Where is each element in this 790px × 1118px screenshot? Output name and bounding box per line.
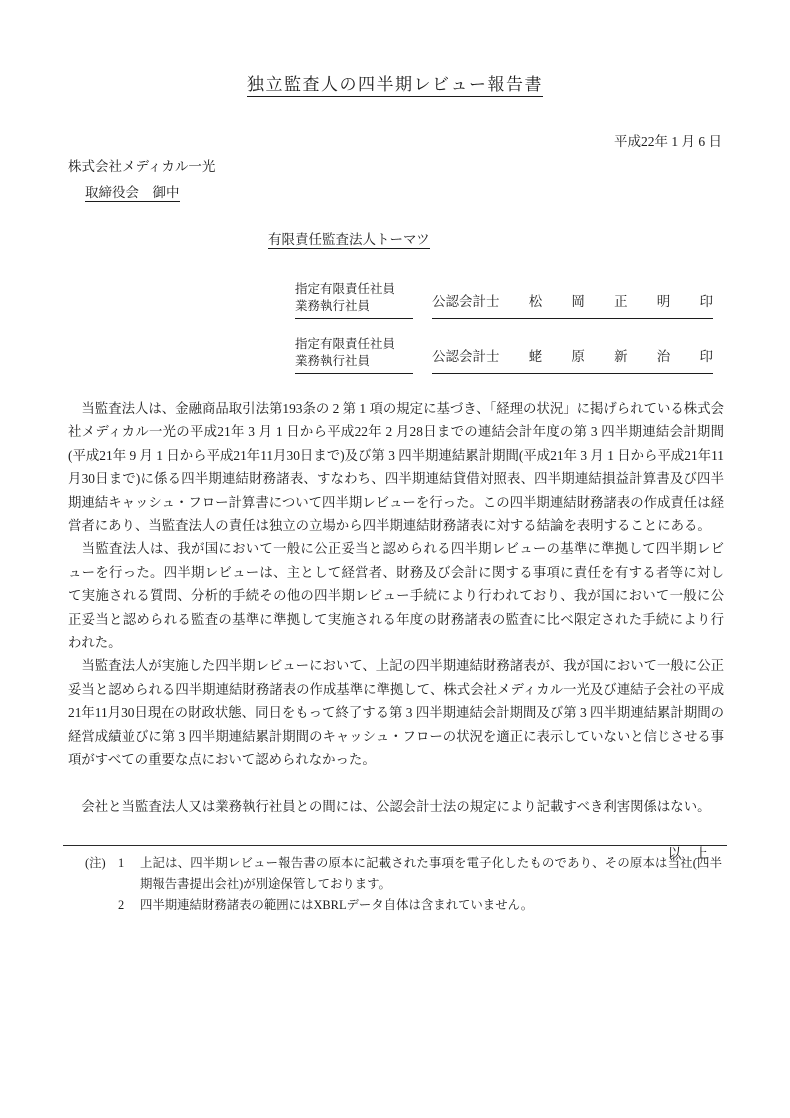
signature-name-2: 公認会計士 蛯 原 新 治 印 [432, 336, 713, 374]
body-paragraph-2: 当監査法人は、我が国において一般に公正妥当と認められる四半期レビューの基準に準拠… [68, 537, 724, 654]
audit-firm-text: 有限責任監査法人トーマツ [268, 232, 430, 249]
footnote-number-1: 1 [118, 853, 140, 895]
signature-role-2-line1: 指定有限責任社員 [295, 336, 413, 353]
footnote-text-1: 上記は、四半期レビュー報告書の原本に記載された事項を電子化したものであり、その原… [140, 853, 722, 895]
footnote-item-1: 1 上記は、四半期レビュー報告書の原本に記載された事項を電子化したものであり、そ… [118, 853, 722, 895]
signature-row-1: 指定有限責任社員 業務執行社員 公認会計士 松 岡 正 明 印 [295, 281, 713, 319]
report-title-text: 独立監査人の四半期レビュー報告書 [247, 75, 543, 97]
signature-seal-1: 印 [699, 290, 713, 310]
report-body: 当監査法人は、金融商品取引法第193条の 2 第 1 項の規定に基づき、「経理の… [68, 397, 724, 865]
addressee-board-text: 取締役会 御中 [85, 185, 180, 202]
addressee-board: 取締役会 御中 [85, 181, 180, 201]
signature-seal-2: 印 [699, 345, 713, 365]
signature-name-2-char-1: 蛯 [529, 345, 543, 365]
signature-title-1: 公認会計士 [432, 290, 500, 310]
audit-firm: 有限責任監査法人トーマツ [268, 228, 430, 248]
signature-name-2-char-4: 治 [657, 345, 671, 365]
body-paragraph-3: 当監査法人が実施した四半期レビューにおいて、上記の四半期連結財務諸表が、我が国に… [68, 654, 724, 771]
signature-name-1: 公認会計士 松 岡 正 明 印 [432, 281, 713, 319]
signature-name-2-char-2: 原 [571, 345, 585, 365]
signature-name-1-char-1: 松 [529, 290, 543, 310]
signature-name-1-char-4: 明 [657, 290, 671, 310]
body-paragraph-1: 当監査法人は、金融商品取引法第193条の 2 第 1 項の規定に基づき、「経理の… [68, 397, 724, 537]
signature-role-1-line2: 業務執行社員 [295, 298, 413, 315]
signature-name-2-char-3: 新 [614, 345, 628, 365]
footnote-divider [63, 845, 727, 846]
footnote-item-2: 2 四半期連結財務諸表の範囲にはXBRLデータ自体は含まれていません。 [118, 895, 722, 916]
footnote-number-2: 2 [118, 895, 140, 916]
report-date: 平成22年 1 月 6 日 [68, 130, 722, 150]
footnote-text-2: 四半期連結財務諸表の範囲にはXBRLデータ自体は含まれていません。 [140, 895, 722, 916]
signature-role-2-line2: 業務執行社員 [295, 353, 413, 370]
signature-name-1-char-2: 岡 [571, 290, 585, 310]
signature-role-1: 指定有限責任社員 業務執行社員 [295, 281, 413, 319]
signature-name-1-char-3: 正 [614, 290, 628, 310]
report-title: 独立監査人の四半期レビュー報告書 [0, 70, 790, 95]
signature-role-2: 指定有限責任社員 業務執行社員 [295, 336, 413, 374]
footnotes-section: (注) 1 上記は、四半期レビュー報告書の原本に記載された事項を電子化したもので… [85, 853, 722, 916]
body-paragraph-4: 会社と当監査法人又は業務執行社員との間には、公認会計士法の規定により記載すべき利… [68, 795, 724, 818]
signature-role-1-line1: 指定有限責任社員 [295, 281, 413, 298]
signature-row-2: 指定有限責任社員 業務執行社員 公認会計士 蛯 原 新 治 印 [295, 336, 713, 374]
footnote-mark: (注) [85, 853, 118, 916]
footnote-items: 1 上記は、四半期レビュー報告書の原本に記載された事項を電子化したものであり、そ… [118, 853, 722, 916]
report-page: 独立監査人の四半期レビュー報告書 平成22年 1 月 6 日 株式会社メディカル… [0, 0, 790, 1118]
signature-title-2: 公認会計士 [432, 345, 500, 365]
addressee-company: 株式会社メディカル一光 [68, 155, 215, 175]
